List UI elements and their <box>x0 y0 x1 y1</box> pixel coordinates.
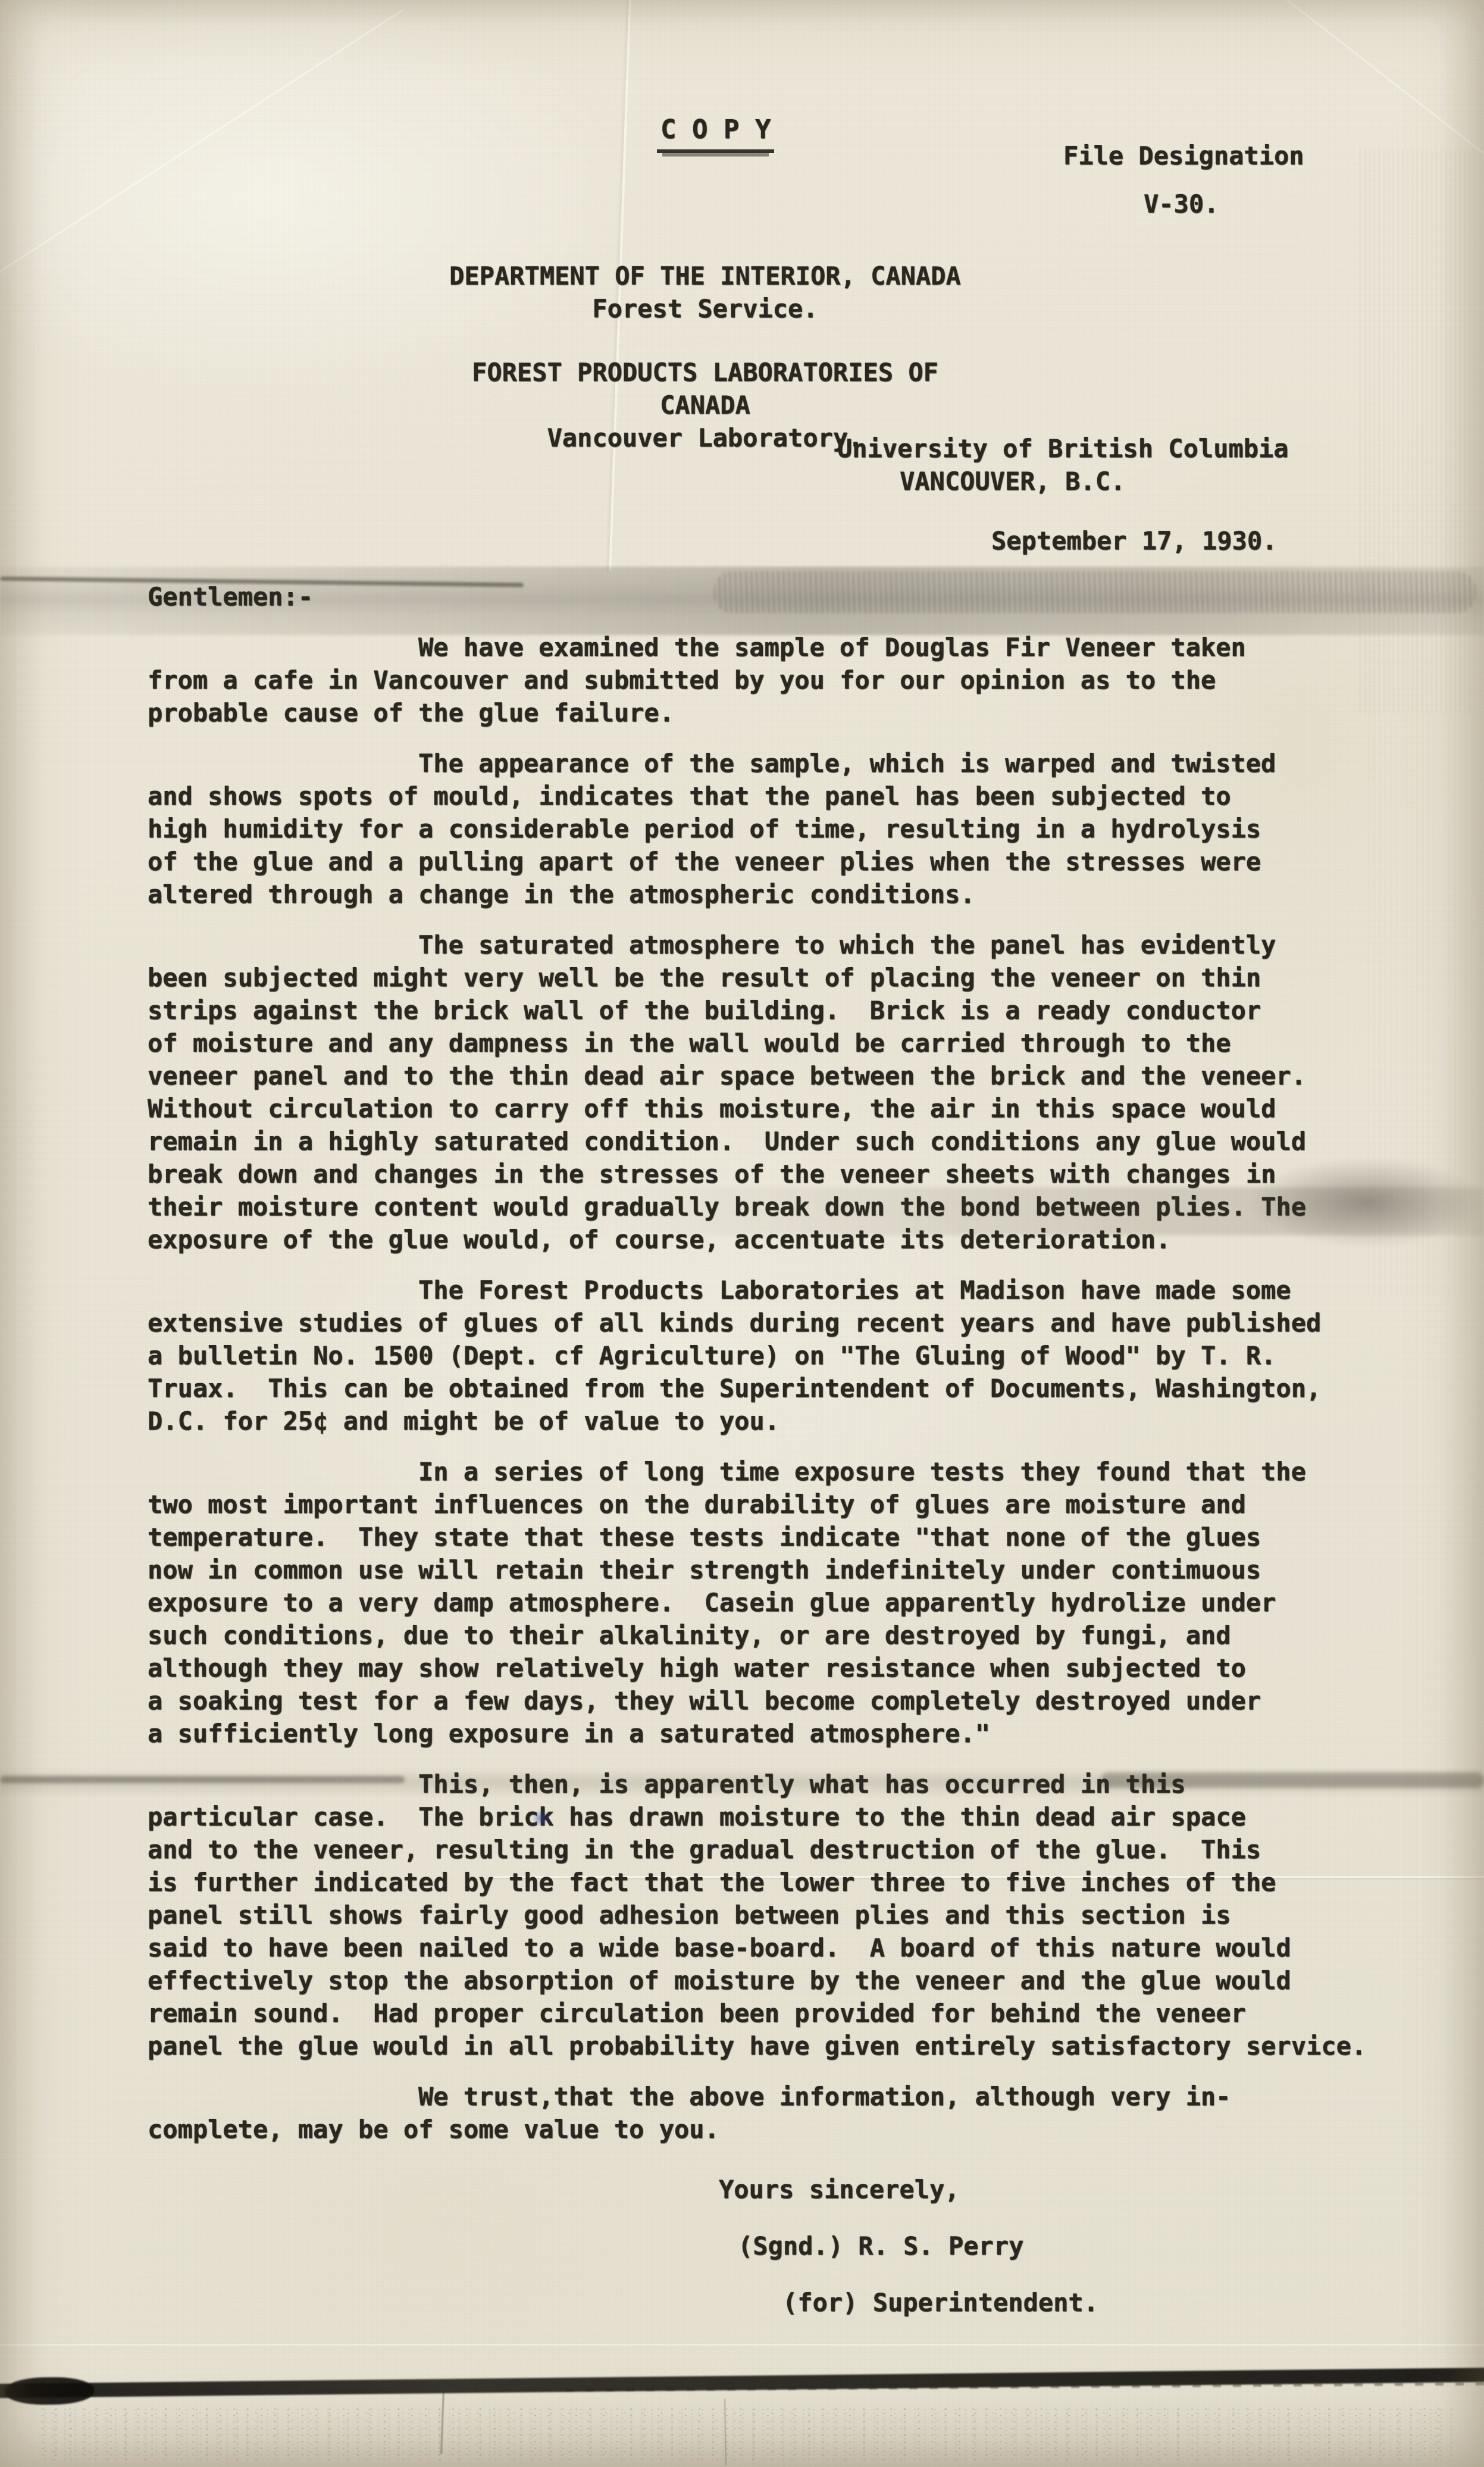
paragraph-7: We trust,that the above information, alt… <box>148 2080 1415 2146</box>
date-line: September 17, 1930. <box>991 526 1277 555</box>
diagonal-crease-top-left <box>0 9 403 302</box>
paragraph-1: We have examined the sample of Douglas F… <box>148 631 1415 729</box>
bottom-speckle-band <box>36 2406 1452 2460</box>
letterhead-department: DEPARTMENT OF THE INTERIOR, CANADA <box>419 259 991 292</box>
file-designation-label: File Designation <box>1063 139 1304 172</box>
signature: (Sgnd.) R. S. Perry <box>738 2230 1415 2262</box>
paragraph-3: The saturated atmosphere to which the pa… <box>148 928 1415 1256</box>
horizontal-crease-bottom <box>0 2344 1484 2346</box>
paragraph-2: The appearance of the sample, which is w… <box>148 747 1415 911</box>
copy-heading: C O P Y <box>657 114 774 153</box>
bottom-ink-streak <box>0 2368 1484 2398</box>
letterhead-laboratories: FOREST PRODUCTS LABORATORIES OF CANADA <box>419 356 991 421</box>
scanned-letter-page: C O P Y File Designation V-30. DEPARTMEN… <box>0 0 1484 2467</box>
signatory-title: (for) Superintendent. <box>782 2286 1415 2319</box>
letter-body: Gentlemen:- We have examined the sample … <box>148 580 1415 2319</box>
copy-heading-label: C O P Y <box>657 114 774 153</box>
file-designation: File Designation V-30. <box>1063 139 1304 220</box>
bottom-streak-echo <box>565 2382 1484 2392</box>
vertical-scratch-center <box>724 2399 727 2465</box>
letterhead-service: Forest Service. <box>419 292 991 325</box>
letterhead-department-block: DEPARTMENT OF THE INTERIOR, CANADA Fores… <box>419 259 991 325</box>
recipient-line1: University of British Columbia <box>837 432 1289 465</box>
salutation: Gentlemen:- <box>148 580 1415 613</box>
valediction: Yours sincerely, <box>719 2173 1415 2206</box>
vertical-scratch-left <box>440 2391 444 2454</box>
paragraph-4: The Forest Products Laboratories at Madi… <box>148 1274 1415 1437</box>
paragraph-6: This, then, is apparently what has occur… <box>148 1768 1415 2062</box>
paragraph-5: In a series of long time exposure tests … <box>148 1455 1415 1750</box>
file-designation-value: V-30. <box>1144 187 1304 220</box>
recipient-address: University of British Columbia VANCOUVER… <box>837 432 1289 498</box>
recipient-line2: VANCOUVER, B.C. <box>900 465 1289 498</box>
